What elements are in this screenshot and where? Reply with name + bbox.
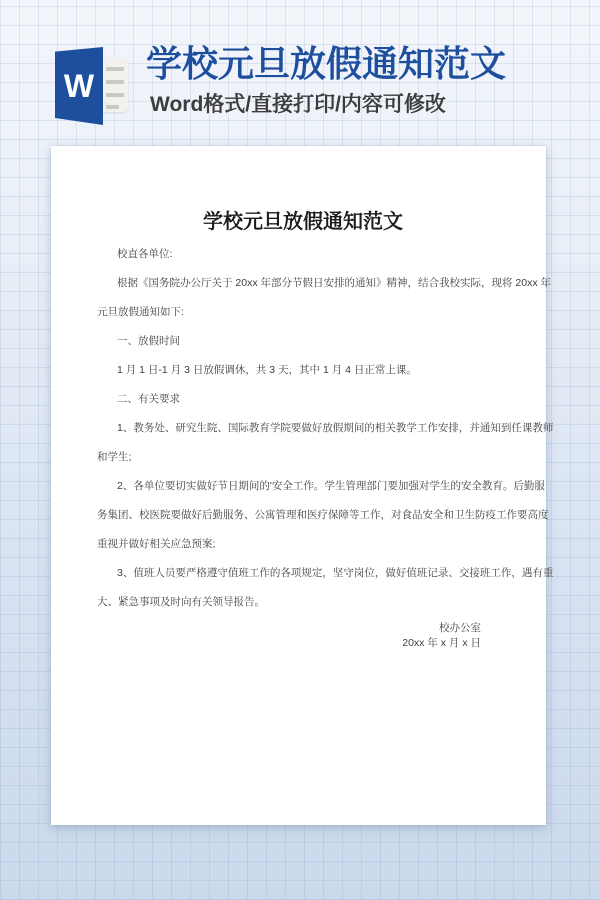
word-icon-page-line bbox=[106, 105, 119, 109]
header: W 学校元旦放假通知范文 Word格式/直接打印/内容可修改 bbox=[0, 0, 600, 146]
word-icon-page bbox=[99, 58, 128, 112]
document-line: 重视并做好相关应急预案; bbox=[97, 530, 509, 559]
word-icon-page-line bbox=[106, 80, 124, 84]
document-paper: 学校元旦放假通知范文 校直各单位:根据《国务院办公厅关于 20xx 年部分节假日… bbox=[51, 146, 546, 825]
document-line: 务集团、校医院要做好后勤服务、公寓管理和医疗保障等工作，对食品安全和卫生防疫工作… bbox=[97, 501, 509, 530]
page-background: { "header": { "title": "学校元旦放假通知范文", "su… bbox=[0, 0, 600, 900]
document-title: 学校元旦放假通知范文 bbox=[97, 210, 509, 234]
document-line: 元旦放假通知如下: bbox=[97, 298, 509, 327]
word-icon-flag: W bbox=[55, 47, 103, 125]
word-icon-page-line bbox=[106, 93, 124, 97]
document-line: 根据《国务院办公厅关于 20xx 年部分节假日安排的通知》精神，结合我校实际，现… bbox=[97, 269, 509, 298]
document-line: 校直各单位: bbox=[97, 240, 509, 269]
document-line: 和学生; bbox=[97, 443, 509, 472]
document-body: 校直各单位:根据《国务院办公厅关于 20xx 年部分节假日安排的通知》精神，结合… bbox=[97, 240, 509, 617]
document-line: 二、有关要求 bbox=[97, 385, 509, 414]
signature-block: 校办公室 20xx 年 x 月 x 日 bbox=[97, 621, 481, 651]
word-icon: W bbox=[55, 47, 129, 125]
document-line: 2、各单位要切实做好节日期间的'安全工作。学生管理部门要加强对学生的安全教育。后… bbox=[97, 472, 509, 501]
word-icon-letter: W bbox=[64, 70, 94, 102]
header-subtitle: Word格式/直接打印/内容可修改 bbox=[150, 94, 446, 116]
word-icon-page-line bbox=[106, 67, 124, 71]
signature-date: 20xx 年 x 月 x 日 bbox=[97, 636, 481, 651]
document-line: 3、值班人员要严格遵守值班工作的各项规定，坚守岗位，做好值班记录、交接班工作，遇… bbox=[97, 559, 509, 588]
signature-name: 校办公室 bbox=[97, 621, 481, 636]
document-line: 1 月 1 日-1 月 3 日放假调休，共 3 天，其中 1 月 4 日正常上课… bbox=[97, 356, 509, 385]
document-line: 大、紧急事项及时向有关领导报告。 bbox=[97, 588, 509, 617]
document-line: 1、教务处、研究生院、国际教育学院要做好放假期间的相关教学工作安排，并通知到任课… bbox=[97, 414, 509, 443]
header-title: 学校元旦放假通知范文 bbox=[146, 45, 506, 83]
document-line: 一、放假时间 bbox=[97, 327, 509, 356]
